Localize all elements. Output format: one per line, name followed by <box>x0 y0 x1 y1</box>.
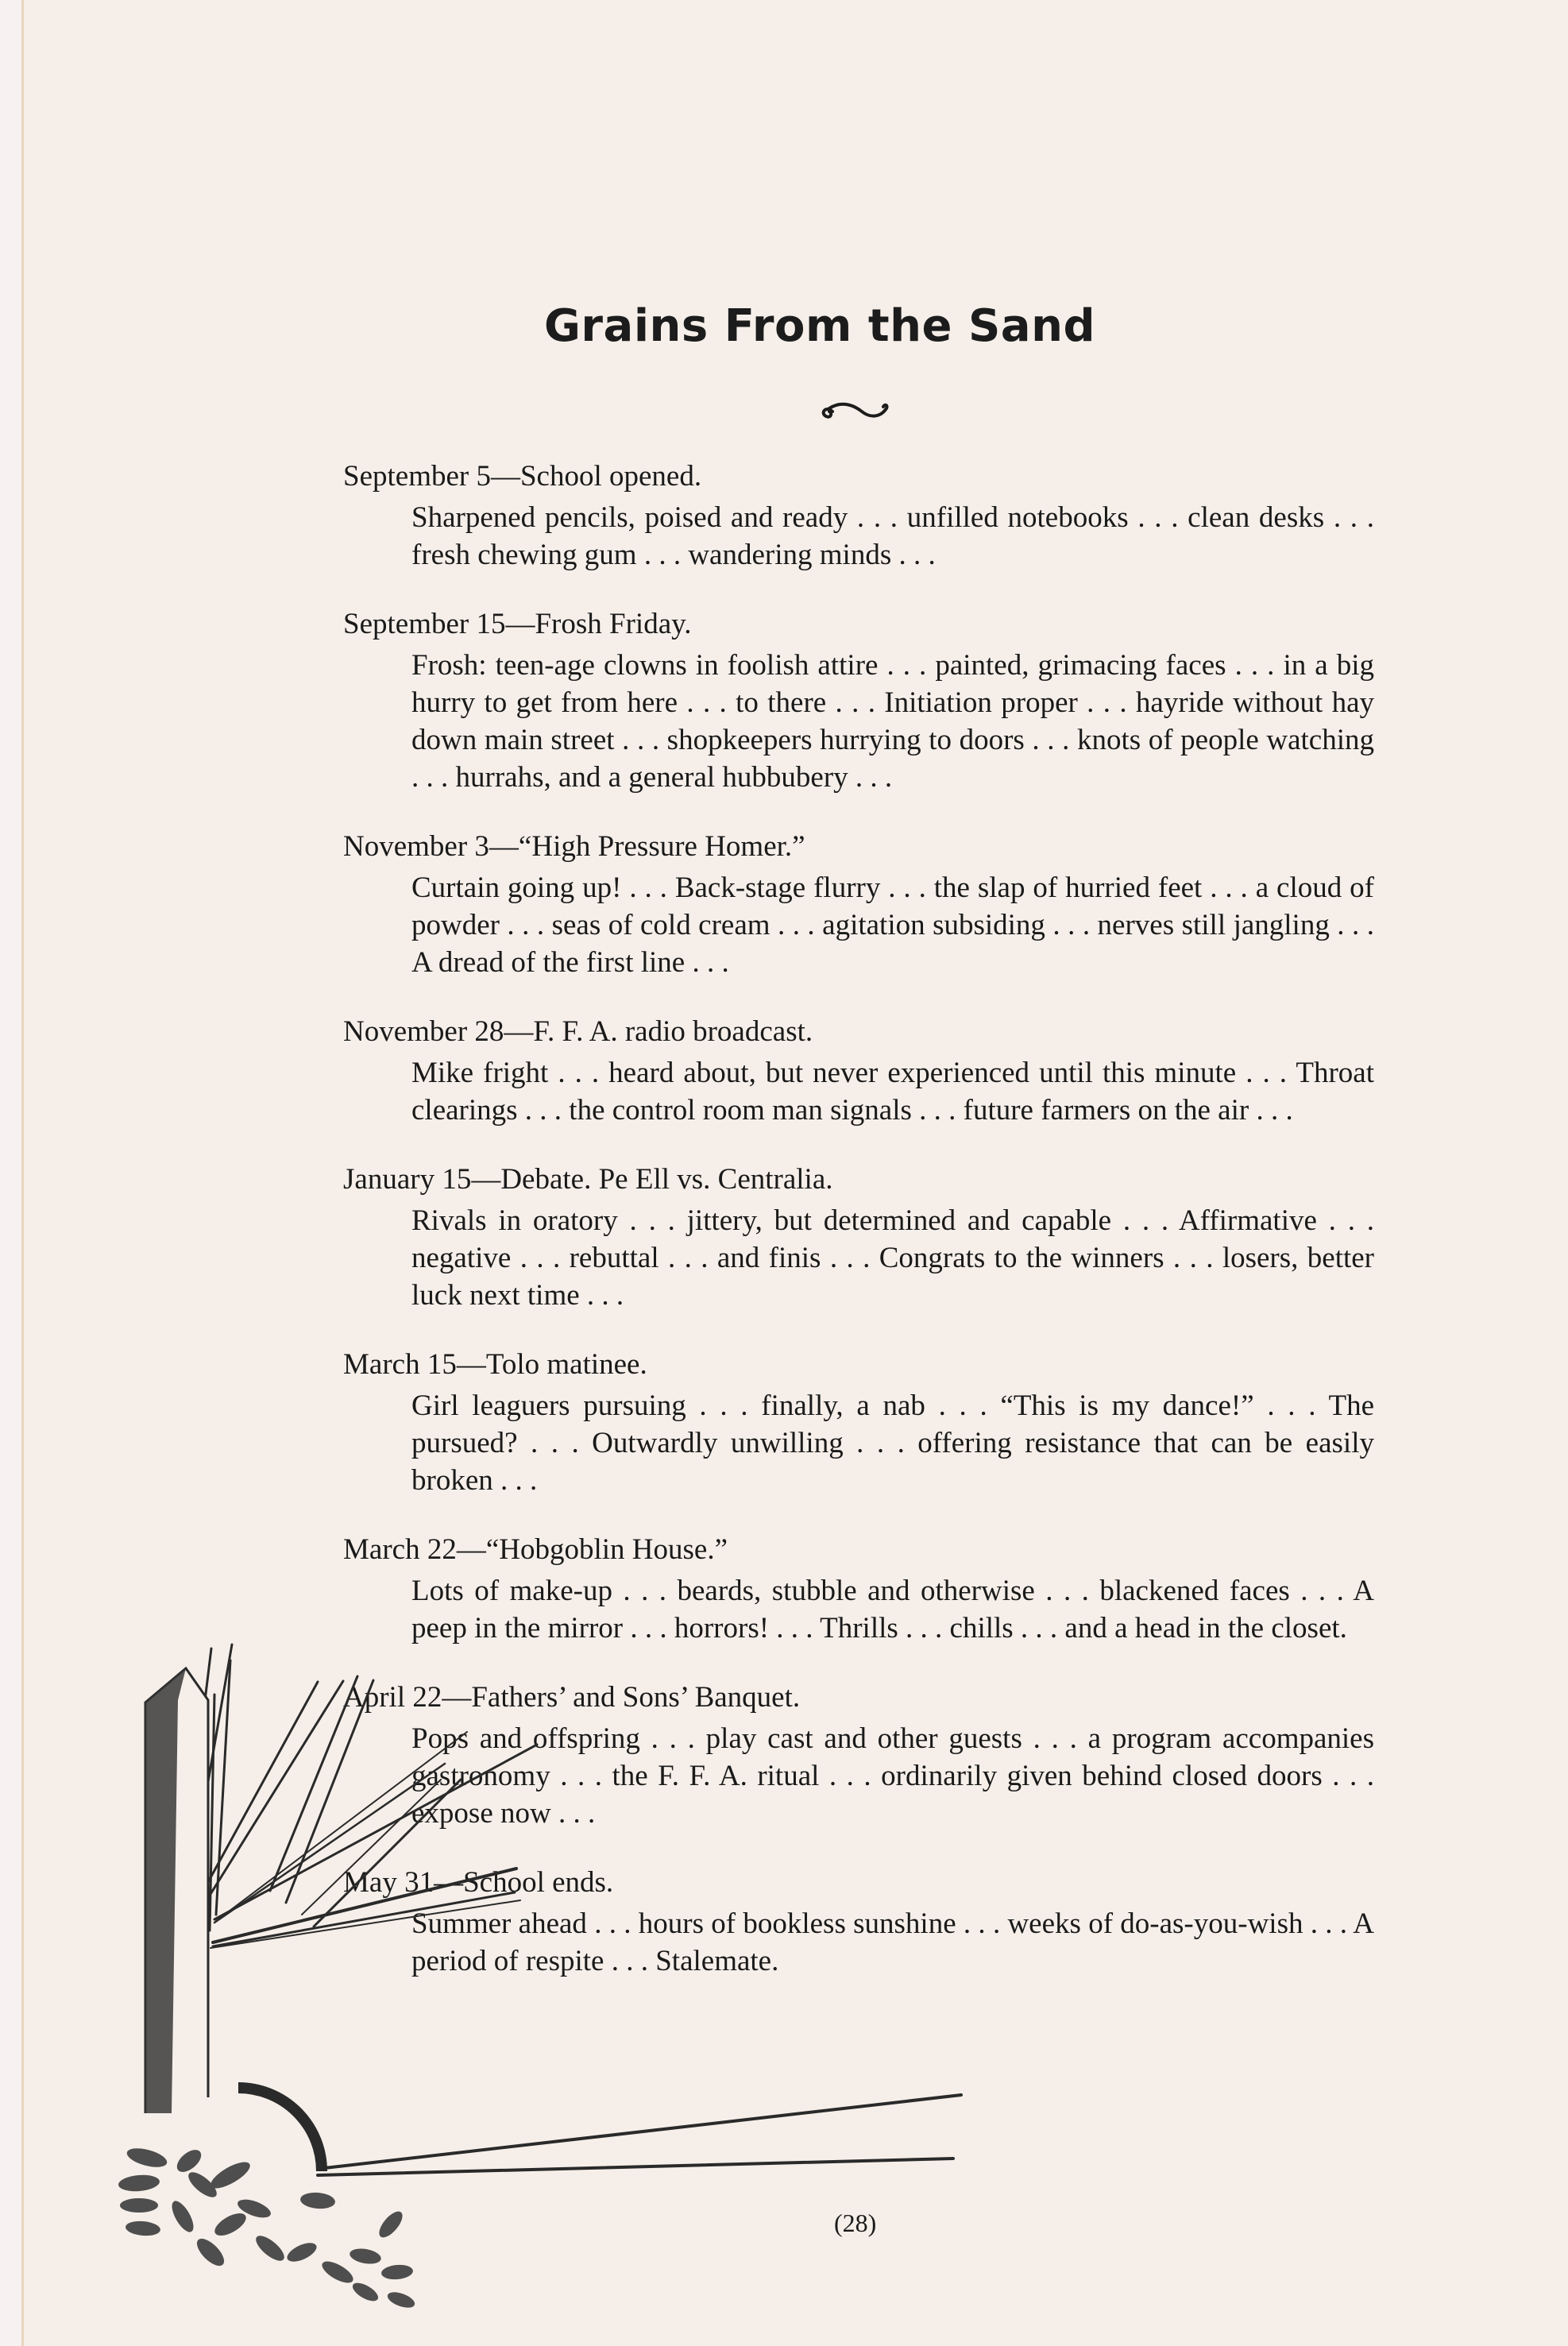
entry-april-22: April 22—Fathers’ and Sons’ Banquet. Pop… <box>343 1679 1376 1832</box>
entry-heading: November 28—F. F. A. radio broadcast. <box>343 1013 1376 1051</box>
page-number: (28) <box>834 2209 876 2238</box>
entry-heading: September 5—School opened. <box>343 458 1376 496</box>
entry-body: Girl leaguers pursuing . . . finally, a … <box>411 1387 1374 1499</box>
entry-march-15: March 15—Tolo matinee. Girl leaguers pur… <box>343 1346 1376 1499</box>
entry-heading: January 15—Debate. Pe Ell vs. Centralia. <box>343 1161 1376 1199</box>
entry-january-15: January 15—Debate. Pe Ell vs. Centralia.… <box>343 1161 1376 1314</box>
entry-september-5: September 5—School opened. Sharpened pen… <box>343 458 1376 574</box>
entry-body: Lots of make-up . . . beards, stubble an… <box>411 1572 1374 1647</box>
page-title: Grains From the Sand <box>0 300 1568 352</box>
entry-heading: March 15—Tolo matinee. <box>343 1346 1376 1384</box>
entry-heading: April 22—Fathers’ and Sons’ Banquet. <box>343 1679 1376 1717</box>
flourish-ornament-icon <box>818 397 898 421</box>
entry-body: Sharpened pencils, poised and ready . . … <box>411 499 1374 574</box>
entry-heading: May 31—School ends. <box>343 1864 1376 1902</box>
entry-body: Pops and offspring . . . play cast and o… <box>411 1720 1374 1832</box>
entry-heading: September 15—Frosh Friday. <box>343 605 1376 644</box>
entry-september-15: September 15—Frosh Friday. Frosh: teen-a… <box>343 605 1376 796</box>
entry-november-3: November 3—“High Pressure Homer.” Curtai… <box>343 828 1376 981</box>
entry-body: Rivals in oratory . . . jittery, but det… <box>411 1202 1374 1314</box>
entry-heading: March 22—“Hobgoblin House.” <box>343 1531 1376 1569</box>
entry-body: Mike fright . . . heard about, but never… <box>411 1054 1374 1129</box>
chronicle-entries: September 5—School opened. Sharpened pen… <box>343 458 1376 1980</box>
entry-may-31: May 31—School ends. Summer ahead . . . h… <box>343 1864 1376 1980</box>
entry-november-28: November 28—F. F. A. radio broadcast. Mi… <box>343 1013 1376 1129</box>
entry-march-22: March 22—“Hobgoblin House.” Lots of make… <box>343 1531 1376 1647</box>
entry-body: Curtain going up! . . . Back-stage flurr… <box>411 869 1374 981</box>
entry-heading: November 3—“High Pressure Homer.” <box>343 828 1376 866</box>
entry-body: Summer ahead . . . hours of bookless sun… <box>411 1905 1374 1980</box>
entry-body: Frosh: teen-age clowns in foolish attire… <box>411 647 1374 796</box>
